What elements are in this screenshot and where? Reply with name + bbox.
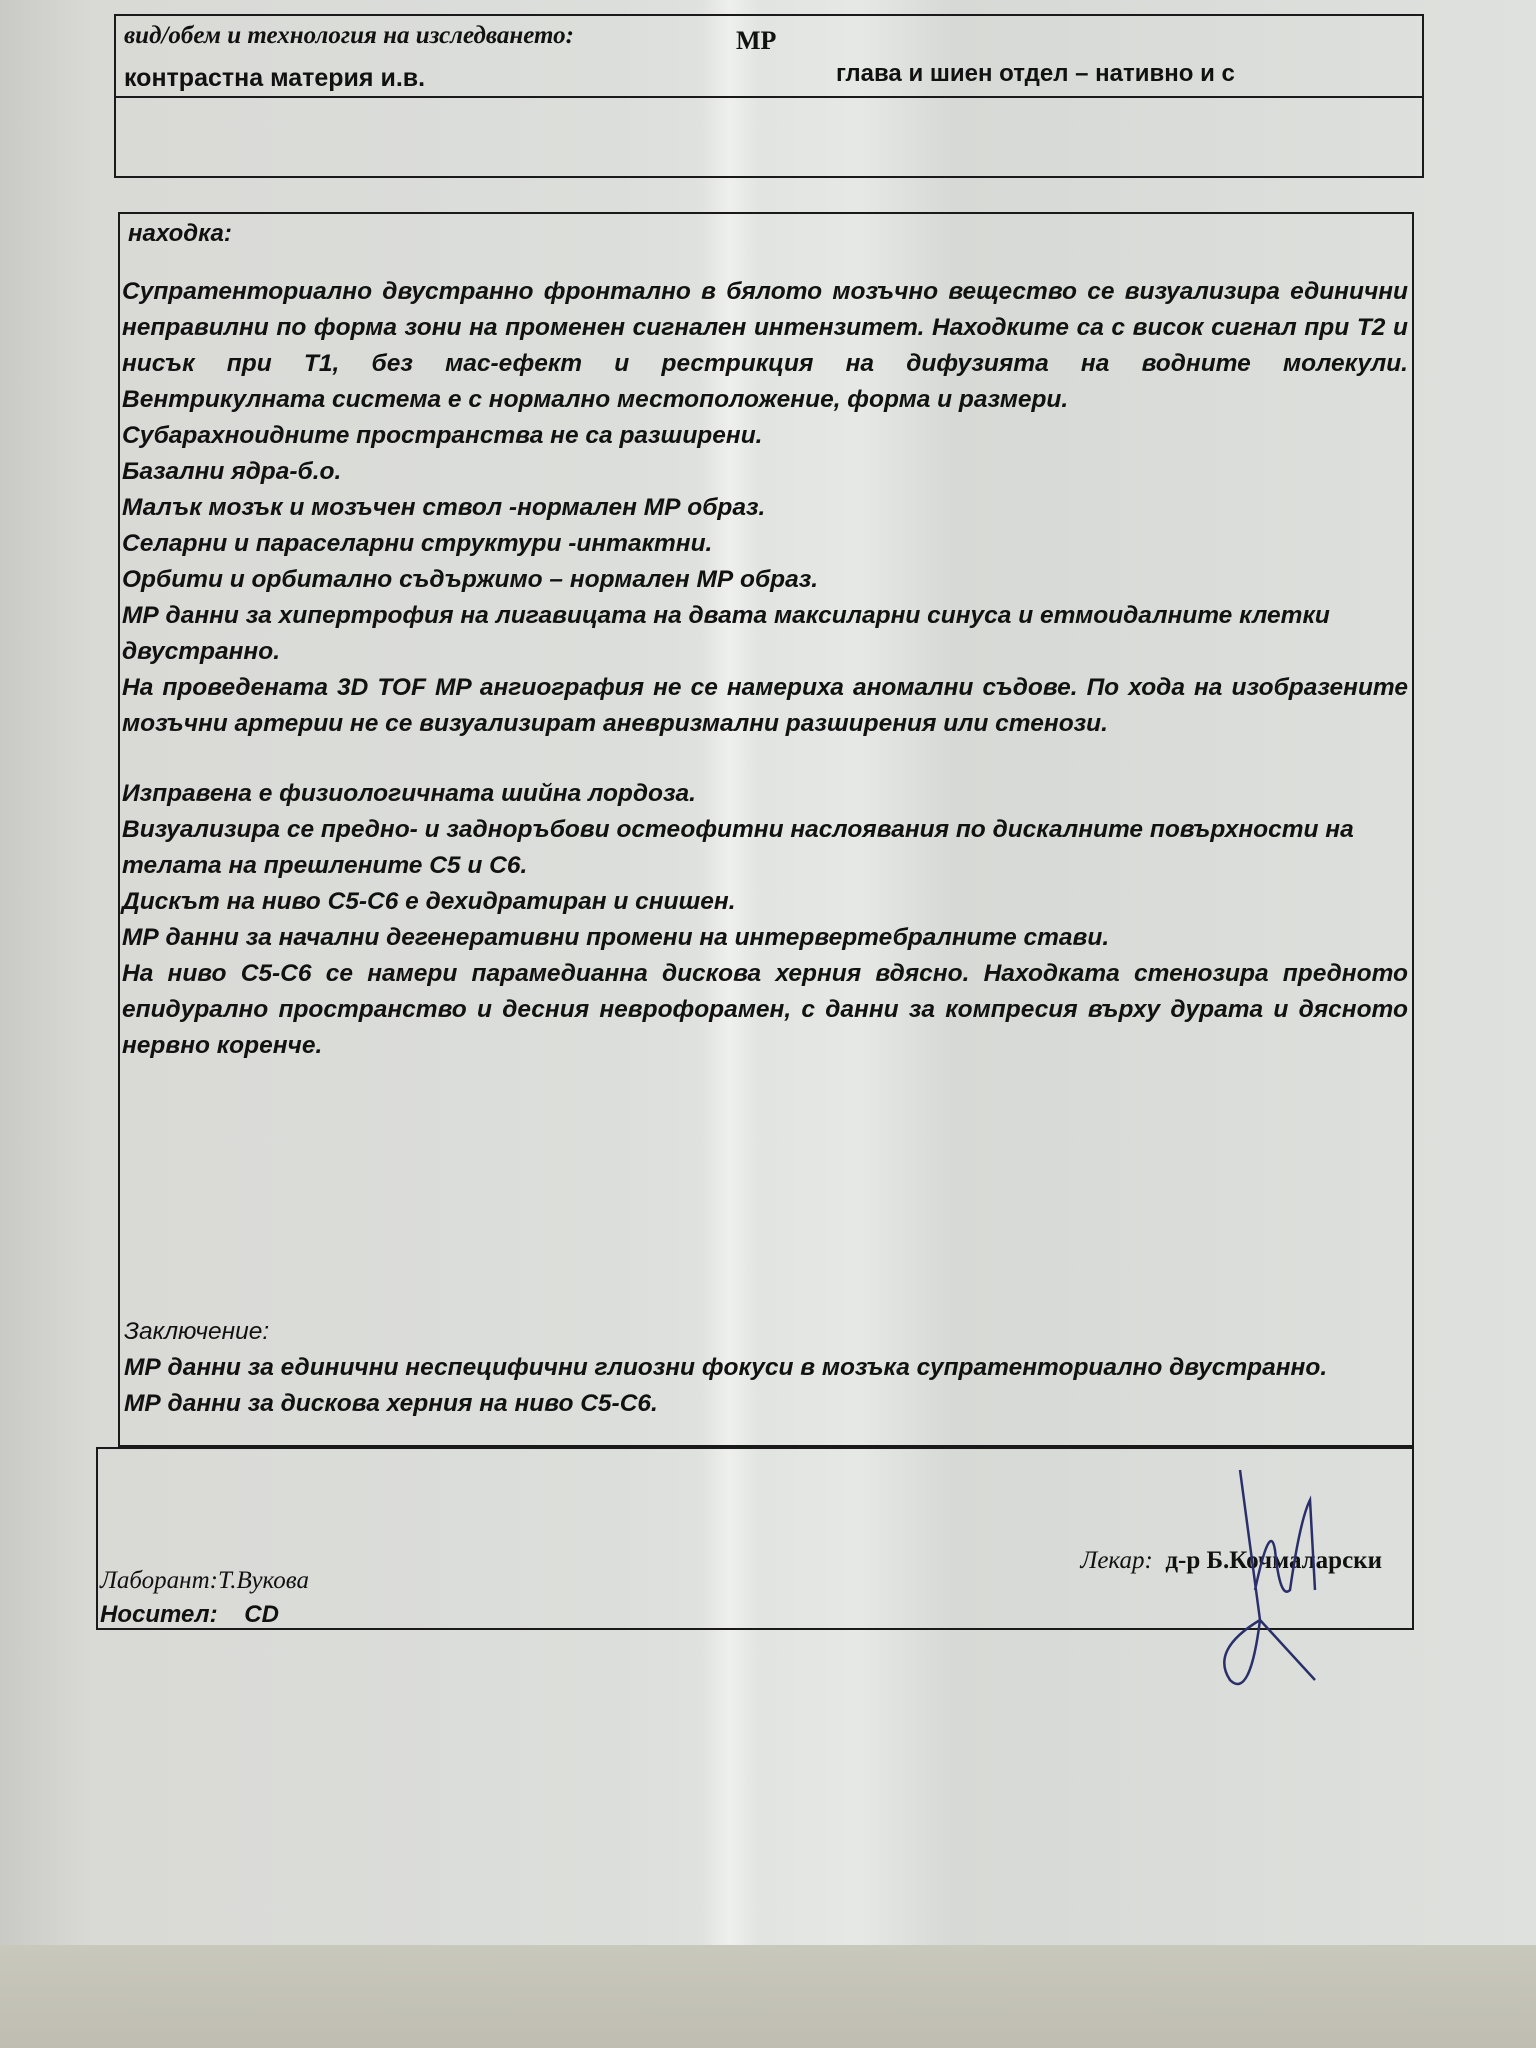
finding-paragraph: Селарни и параселарни структури -интактн… xyxy=(122,526,1408,562)
exam-area-continued: контрастна материя и.в. xyxy=(124,64,425,93)
finding-paragraph: Вентрикулната система е с нормално место… xyxy=(122,382,1408,418)
signature-icon xyxy=(1200,1460,1340,1700)
exam-type-label: вид/обем и технология на изследването: xyxy=(124,22,574,50)
finding-paragraph: Субарахноидните пространства не са разши… xyxy=(122,418,1408,454)
spine-paragraph: МР данни за начални дегенеративни промен… xyxy=(122,920,1408,956)
finding-paragraph: Малък мозък и мозъчен ствол -нормален МР… xyxy=(122,490,1408,526)
empty-row xyxy=(114,96,1424,178)
conclusion-line: МР данни за единични неспецифични глиозн… xyxy=(124,1350,1327,1386)
spine-paragraph: Дискът на ниво С5-С6 е дехидратиран и сн… xyxy=(122,884,1408,920)
conclusion-section: Заключение: МР данни за единични неспеци… xyxy=(124,1314,1327,1422)
spine-paragraph: Изправена е физиологичната шийна лордоза… xyxy=(122,776,1408,812)
conclusion-title: Заключение: xyxy=(124,1314,1327,1350)
exam-area: глава и шиен отдел – нативно и с xyxy=(836,60,1235,88)
finding-paragraph: Базални ядра-б.о. xyxy=(122,454,1408,490)
finding-paragraph: На проведената 3D TOF MP ангиография не … xyxy=(122,670,1408,742)
table-surface xyxy=(0,1945,1536,2048)
conclusion-line: МР данни за дискова херния на ниво С5-С6… xyxy=(124,1386,1327,1422)
spine-paragraph: Визуализира се предно- и задноръбови ост… xyxy=(122,812,1408,884)
carrier: Носител: CD xyxy=(100,1601,279,1629)
finding-paragraph: МР данни за хипертрофия на лигавицата на… xyxy=(122,598,1408,670)
spine-paragraph: На ниво С5-С6 се намери парамедианна дис… xyxy=(122,956,1408,1064)
findings-text: Супратенториално двустранно фронтално в … xyxy=(122,274,1408,1064)
findings-box: находка: Супратенториално двустранно фро… xyxy=(118,212,1414,1447)
exam-header-box: вид/обем и технология на изследването: М… xyxy=(114,14,1424,98)
findings-title: находка: xyxy=(128,220,232,248)
lab-technician: Лаборант:Т.Вукова xyxy=(100,1567,309,1595)
finding-paragraph: Орбити и орбитално съдържимо – нормален … xyxy=(122,562,1408,598)
exam-modality: МР xyxy=(736,26,776,56)
finding-paragraph: Супратенториално двустранно фронтално в … xyxy=(122,274,1408,382)
